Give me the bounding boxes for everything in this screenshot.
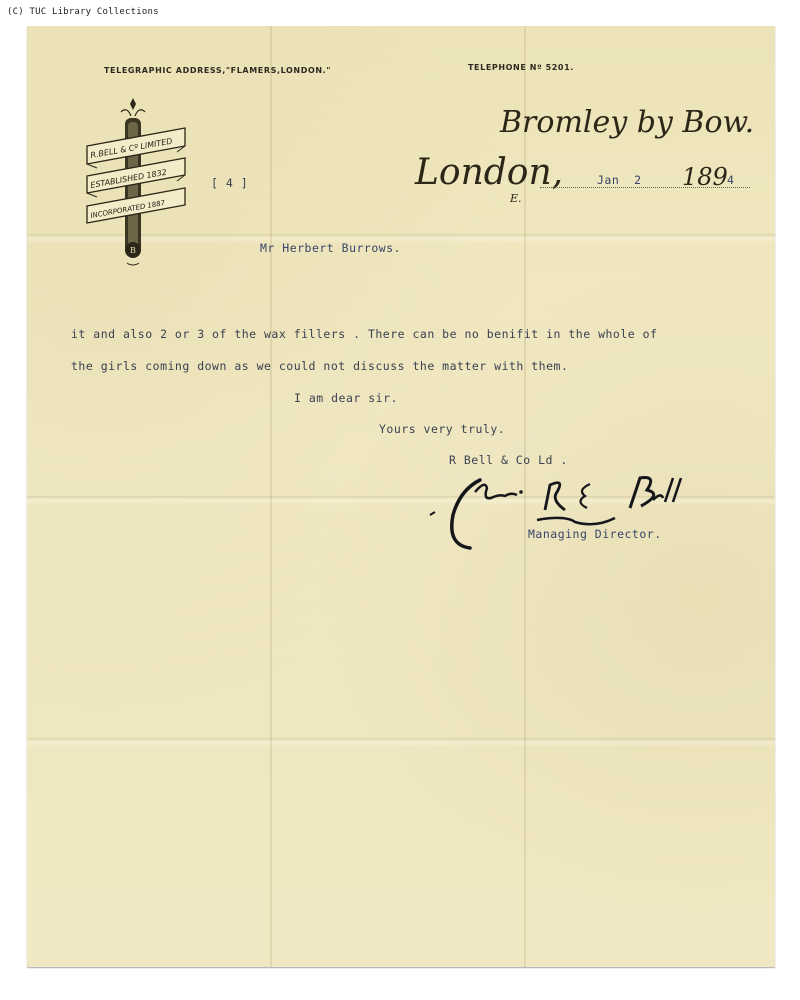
postal-district: E.: [510, 192, 522, 205]
reference-number: [ 4 ]: [211, 176, 248, 190]
place-name: Bromley by Bow.: [500, 105, 754, 140]
fold-line: [270, 26, 272, 967]
date-year-suffix: 4: [727, 173, 734, 187]
date-year-prefix: 189: [682, 163, 728, 191]
telephone-number: TELEPHONE Nº 5201.: [468, 63, 574, 72]
body-line: the girls coming down as we could not di…: [71, 359, 568, 373]
telegraphic-address: TELEGRAPHIC ADDRESS,"FLAMERS,LONDON.": [104, 66, 331, 75]
closing-line: I am dear sir.: [294, 391, 398, 405]
signature: [425, 470, 695, 555]
body-line: it and also 2 or 3 of the wax fillers . …: [71, 327, 657, 341]
addressee: Mr Herbert Burrows.: [260, 241, 401, 255]
signatory-title: Managing Director.: [528, 527, 662, 541]
company-logo-icon: B R.BELL & Cº LIMITED ESTABLISHED 1832 I…: [85, 98, 190, 268]
date-month-day: Jan 2: [597, 173, 642, 187]
closing-valediction: Yours very truly.: [379, 422, 505, 436]
company-name: R Bell & Co Ld .: [449, 453, 568, 467]
fold-line: [27, 738, 775, 748]
copyright-credit: (C) TUC Library Collections: [7, 7, 159, 17]
svg-text:B: B: [130, 246, 136, 255]
